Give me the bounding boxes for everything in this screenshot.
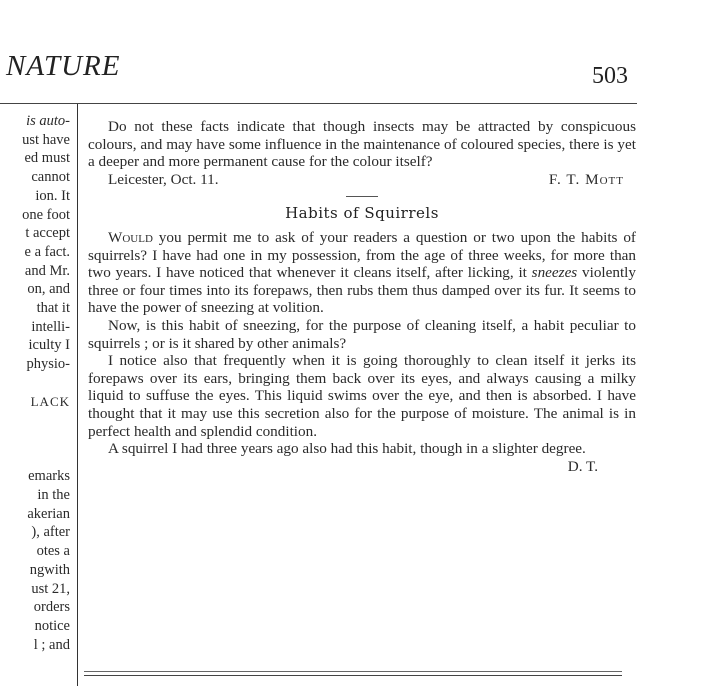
left-line: orders: [0, 598, 70, 617]
opening-word: Would: [108, 229, 153, 246]
header-rule: [0, 103, 637, 104]
left-line: ust 21,: [0, 580, 70, 599]
article-signature-row: D. T.: [88, 458, 636, 476]
spacer: [0, 449, 70, 468]
previous-letter-signature: Leicester, Oct. 11. F. T. Mott: [88, 171, 636, 189]
left-line: cannot: [0, 168, 70, 187]
article-signature: D. T.: [568, 458, 636, 476]
place-date: Leicester, Oct. 11.: [88, 171, 219, 189]
left-signature: LACK: [0, 393, 70, 412]
article-paragraph: A squirrel I had three years ago also ha…: [88, 440, 636, 458]
left-line: iculty I: [0, 336, 70, 355]
footer-rule: [84, 671, 622, 676]
spacer: [0, 374, 70, 393]
article-paragraph: Now, is this habit of sneezing, for the …: [88, 317, 636, 352]
left-line: and Mr.: [0, 262, 70, 281]
author-name: F. T. Mott: [549, 171, 636, 189]
left-line: notice: [0, 617, 70, 636]
previous-letter-closing: Do not these facts indicate that though …: [88, 118, 636, 171]
left-line: ed must: [0, 149, 70, 168]
section-separator: [346, 196, 378, 197]
left-line: l ; and: [0, 636, 70, 655]
article-paragraph: Would you permit me to ask of your reade…: [88, 229, 636, 317]
column-divider: [77, 104, 78, 686]
left-line: otes a: [0, 542, 70, 561]
journal-title: NATURE: [6, 50, 120, 83]
spacer: [0, 430, 70, 449]
left-line: in the: [0, 486, 70, 505]
left-line: physio-: [0, 355, 70, 374]
left-line: ion. It: [0, 187, 70, 206]
left-line: ngwith: [0, 561, 70, 580]
left-line: ), after: [0, 523, 70, 542]
left-line: ust have: [0, 131, 70, 150]
left-column: is auto- ust have ed must cannot ion. It…: [0, 112, 70, 654]
italic-word: sneezes: [532, 264, 578, 281]
left-line: akerian: [0, 505, 70, 524]
left-line: on, and: [0, 280, 70, 299]
right-column: Do not these facts indicate that though …: [88, 118, 636, 475]
left-line: intelli-: [0, 318, 70, 337]
left-line: e a fact.: [0, 243, 70, 262]
left-line: emarks: [0, 467, 70, 486]
left-line: t accept: [0, 224, 70, 243]
article-title: Habits of Squirrels: [88, 205, 636, 223]
spacer: [0, 411, 70, 430]
page-number: 503: [592, 63, 628, 90]
left-line: one foot: [0, 206, 70, 225]
left-line: that it: [0, 299, 70, 318]
left-line: is auto-: [0, 112, 70, 131]
article-paragraph: I notice also that frequently when it is…: [88, 352, 636, 440]
